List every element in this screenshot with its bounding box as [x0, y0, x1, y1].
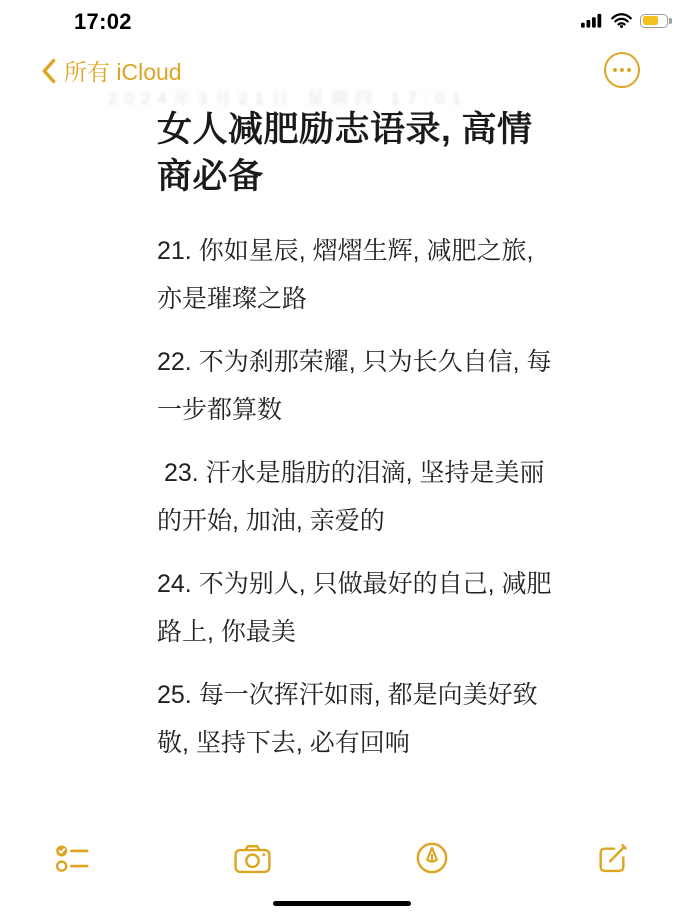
- compose-button[interactable]: [592, 838, 632, 878]
- note-title[interactable]: 女人减肥励志语录, 高情商必备: [157, 106, 555, 200]
- camera-icon: [234, 843, 271, 874]
- checklist-icon: [54, 842, 90, 875]
- more-options-button[interactable]: [604, 52, 640, 88]
- status-icons: [581, 13, 668, 28]
- note-paragraph[interactable]: 25. 每一次挥汗如雨, 都是向美好致敬, 坚持下去, 必有回响: [157, 671, 555, 767]
- faded-date-text: 2024年3月21日 星期四 17:01: [108, 84, 629, 106]
- battery-fill: [643, 16, 658, 25]
- checklist-button[interactable]: [52, 838, 92, 878]
- compose-icon: [595, 841, 629, 875]
- note-paragraph[interactable]: 24. 不为别人, 只做最好的自己, 减肥路上, 你最美: [157, 560, 555, 656]
- status-bar: 17:02: [0, 0, 684, 44]
- status-time: 17:02: [74, 9, 132, 35]
- camera-button[interactable]: [232, 838, 272, 878]
- note-paragraph[interactable]: 23. 汗水是脂肪的泪滴, 坚持是美丽的开始, 加油, 亲爱的: [157, 449, 555, 545]
- note-paragraph[interactable]: 21. 你如星辰, 熠熠生辉, 减肥之旅, 亦是璀璨之路: [157, 227, 555, 323]
- battery-icon: [640, 14, 668, 28]
- bottom-toolbar: [0, 836, 684, 880]
- home-indicator[interactable]: [273, 901, 411, 906]
- cellular-signal-icon: [581, 13, 603, 28]
- note-paragraph[interactable]: 22. 不为刹那荣耀, 只为长久自信, 每一步都算数: [157, 338, 555, 434]
- markup-pen-icon: [415, 841, 449, 875]
- ellipsis-icon: [613, 68, 617, 72]
- note-content[interactable]: 女人减肥励志语录, 高情商必备 21. 你如星辰, 熠熠生辉, 减肥之旅, 亦是…: [157, 106, 555, 782]
- back-button-label: 所有 iCloud: [64, 54, 182, 87]
- markup-button[interactable]: [412, 838, 452, 878]
- back-button[interactable]: 所有 iCloud: [42, 54, 182, 87]
- notes-app-screen: 17:02: [0, 0, 684, 912]
- chevron-left-icon: [42, 58, 56, 84]
- wifi-icon: [611, 13, 632, 28]
